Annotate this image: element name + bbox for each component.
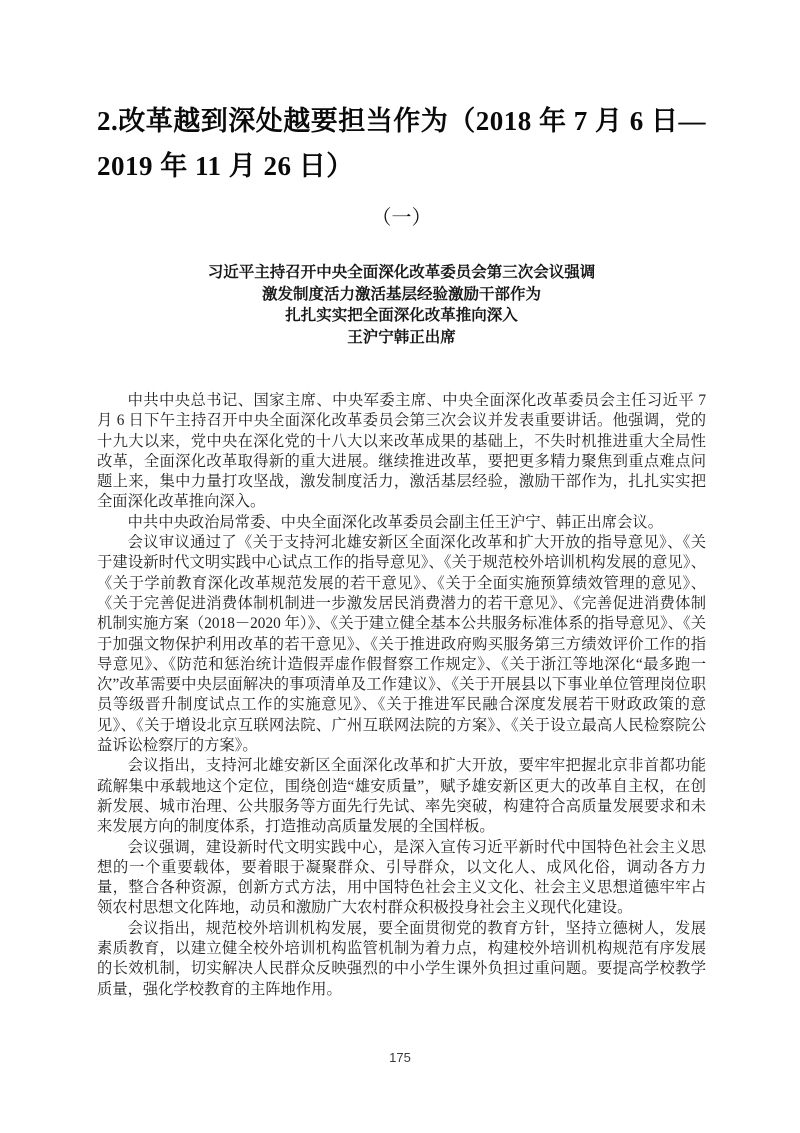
body-paragraph-1: 中共中央总书记、国家主席、中央军委主席、中央全面深化改革委员会主任习近平 7 月… bbox=[97, 391, 706, 513]
body-paragraph-5: 会议强调，建设新时代文明实践中心，是深入宣传习近平新时代中国特色社会主义思想的一… bbox=[97, 838, 706, 919]
headline-line-1: 习近平主持召开中央全面深化改革委员会第三次会议强调 bbox=[97, 262, 706, 284]
headline-line-2: 激发制度活力激活基层经验激励干部作为 bbox=[97, 284, 706, 306]
document-page: 2.改革越到深处越要担当作为（2018 年 7 月 6 日— 2019 年 11… bbox=[0, 0, 800, 1133]
article-body: 中共中央总书记、国家主席、中央军委主席、中央全面深化改革委员会主任习近平 7 月… bbox=[97, 391, 706, 1000]
page-number: 175 bbox=[0, 1050, 800, 1065]
chapter-title: 2.改革越到深处越要担当作为（2018 年 7 月 6 日— 2019 年 11… bbox=[97, 99, 706, 189]
chapter-title-line-2: 2019 年 11 月 26 日） bbox=[97, 144, 706, 189]
chapter-title-line-1: 2.改革越到深处越要担当作为（2018 年 7 月 6 日— bbox=[97, 99, 706, 144]
body-paragraph-6: 会议指出，规范校外培训机构发展，要全面贯彻党的教育方针，坚持立德树人，发展素质教… bbox=[97, 919, 706, 1000]
headline-line-4: 王沪宁韩正出席 bbox=[97, 327, 706, 349]
headline-line-3: 扎扎实实把全面深化改革推向深入 bbox=[97, 305, 706, 327]
page-content: 2.改革越到深处越要担当作为（2018 年 7 月 6 日— 2019 年 11… bbox=[97, 0, 706, 1000]
body-paragraph-3: 会议审议通过了《关于支持河北雄安新区全面深化改革和扩大开放的指导意见》、《关于建… bbox=[97, 533, 706, 756]
section-marker: （一） bbox=[97, 204, 706, 232]
body-paragraph-2: 中共中央政治局常委、中央全面深化改革委员会副主任王沪宁、韩正出席会议。 bbox=[97, 513, 706, 533]
body-paragraph-4: 会议指出，支持河北雄安新区全面深化改革和扩大开放，要牢牢把握北京非首都功能疏解集… bbox=[97, 756, 706, 837]
article-headline: 习近平主持召开中央全面深化改革委员会第三次会议强调 激发制度活力激活基层经验激励… bbox=[97, 262, 706, 348]
